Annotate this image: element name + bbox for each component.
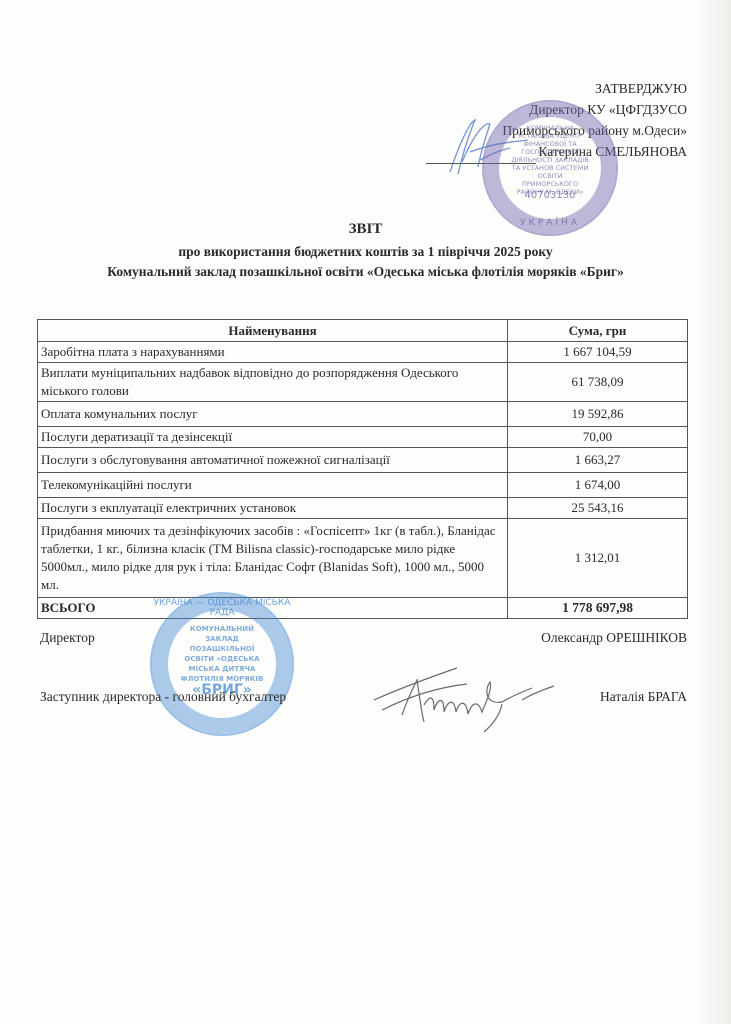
report-subtitle: про використання бюджетних коштів за 1 п…: [0, 242, 731, 262]
row-name: Послуги з обслуговування автоматичної по…: [38, 448, 508, 473]
page-edge-shadow: [695, 0, 731, 1024]
approval-heading: ЗАТВЕРДЖУЮ: [502, 78, 687, 99]
total-sum: 1 778 697,98: [508, 598, 688, 619]
table-row: Телекомунікаційні послуги 1 674,00: [38, 473, 688, 498]
stamp-top-code: 40703130: [484, 190, 616, 201]
stamp-top-text: КОМУНАЛЬНА УСТАНОВА «ЦЕНТР ФІНАНСОВОЇ ТА…: [510, 124, 590, 196]
table-row: Придбання миючих та дезінфікуючих засобі…: [38, 519, 688, 598]
row-sum: 70,00: [508, 427, 688, 448]
budget-report-table: Найменування Сума, грн Заробітна плата з…: [37, 319, 688, 619]
table-row: Виплати муніципальних надбавок відповідн…: [38, 363, 688, 402]
director-title: Директор: [40, 630, 95, 646]
table-row: Послуги з екплуатації електричних устано…: [38, 498, 688, 519]
row-sum: 1 674,00: [508, 473, 688, 498]
row-name: Послуги дератизації та дезінсекції: [38, 427, 508, 448]
row-sum: 61 738,09: [508, 363, 688, 402]
row-sum: 25 543,16: [508, 498, 688, 519]
row-sum: 1 312,01: [508, 519, 688, 598]
director-name: Олександр ОРЕШНІКОВ: [541, 630, 687, 646]
table-row: Послуги дератизації та дезінсекції 70,00: [38, 427, 688, 448]
row-sum: 1 663,27: [508, 448, 688, 473]
accountant-signature-icon: [372, 660, 562, 740]
institution-stamp-top: КОМУНАЛЬНА УСТАНОВА «ЦЕНТР ФІНАНСОВОЇ ТА…: [482, 100, 618, 236]
report-heading: ЗВІТ: [0, 218, 731, 240]
row-name: Послуги з екплуатації електричних устано…: [38, 498, 508, 519]
table-row: Заробітна плата з нарахуваннями 1 667 10…: [38, 342, 688, 363]
stamp-bottom-ring: УКРАЇНА — ОДЕСЬКА МІСЬКА РАДА: [152, 598, 292, 618]
table-total-row: ВСЬОГО 1 778 697,98: [38, 598, 688, 619]
row-name: Придбання миючих та дезінфікуючих засобі…: [38, 519, 508, 598]
row-sum: 19 592,86: [508, 402, 688, 427]
table-row: Послуги з обслуговування автоматичної по…: [38, 448, 688, 473]
table-row: Оплата комунальних послуг 19 592,86: [38, 402, 688, 427]
deputy-name: Наталія БРАГА: [600, 689, 687, 705]
institution-stamp-bottom: УКРАЇНА — ОДЕСЬКА МІСЬКА РАДА КОМУНАЛЬНИ…: [150, 592, 294, 736]
report-title-block: ЗВІТ про використання бюджетних коштів з…: [0, 218, 731, 282]
column-header-name: Найменування: [38, 320, 508, 342]
deputy-title: Заступник директора - головний бухгалтер: [40, 689, 286, 705]
row-name: Телекомунікаційні послуги: [38, 473, 508, 498]
row-sum: 1 667 104,59: [508, 342, 688, 363]
row-name: Оплата комунальних послуг: [38, 402, 508, 427]
stamp-bottom-text: КОМУНАЛЬНИЙ ЗАКЛАД ПОЗАШКІЛЬНОЇ ОСВІТИ «…: [176, 624, 268, 684]
column-header-sum: Сума, грн: [508, 320, 688, 342]
table-header-row: Найменування Сума, грн: [38, 320, 688, 342]
row-name: Заробітна плата з нарахуваннями: [38, 342, 508, 363]
institution-name: Комунальний заклад позашкільної освіти «…: [0, 262, 731, 282]
row-name: Виплати муніципальних надбавок відповідн…: [38, 363, 508, 402]
